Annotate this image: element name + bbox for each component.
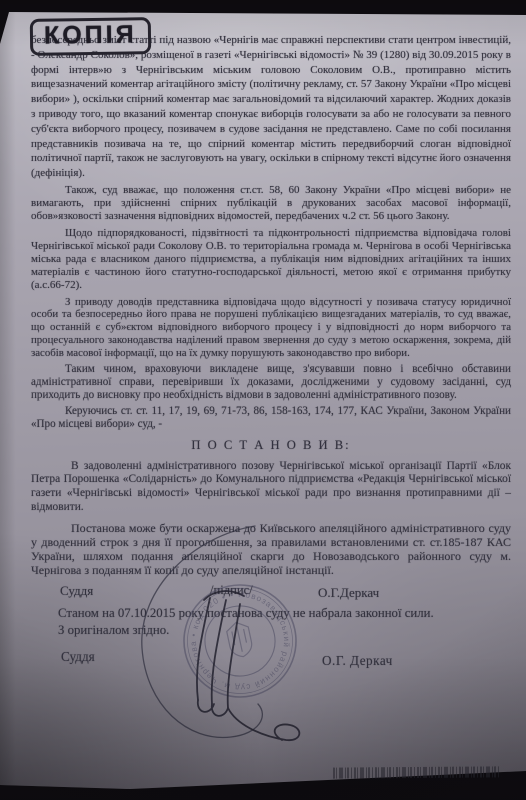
status-line: Станом на 07.10.2015 року постанова суду…	[58, 606, 434, 621]
paragraph: Таким чином, враховуючи викладене вище, …	[31, 363, 511, 402]
paragraph: безпосередньо зміст статті під назвою «Ч…	[31, 33, 511, 181]
resolution-paragraph: В задоволенні адміністративного позову Ч…	[31, 460, 511, 515]
body-text: безпосередньо зміст статті під назвою «Ч…	[31, 33, 511, 580]
appeal-clause-paragraph: Постанова може бути оскаржена до Київськ…	[31, 521, 511, 577]
photo-background: КОПІЯ безпосередньо зміст статті під наз…	[0, 0, 526, 800]
signature-note: /підпис/	[210, 583, 253, 598]
judge-name: О.Г.Деркач	[318, 585, 379, 601]
judge-label: Суддя	[60, 583, 93, 599]
judge-name: О.Г. Деркач	[322, 653, 393, 669]
status-line: З оригіналом згідно.	[58, 623, 169, 638]
paragraph: З приводу доводів представника відповіда…	[31, 296, 511, 360]
judge-label: Суддя	[61, 649, 95, 665]
paragraph: Керуючись ст. ст. 11, 17, 19, 69, 71-73,…	[31, 405, 511, 431]
ruling-heading: П О С Т А Н О В И В:	[31, 438, 511, 453]
barcode	[333, 766, 501, 778]
paragraph: Також, суд вважає, що положення ст.ст. 5…	[31, 184, 511, 224]
paragraph: Щодо підпорядкованості, підзвітності та …	[31, 227, 511, 293]
copy-stamp: КОПІЯ	[30, 17, 151, 56]
